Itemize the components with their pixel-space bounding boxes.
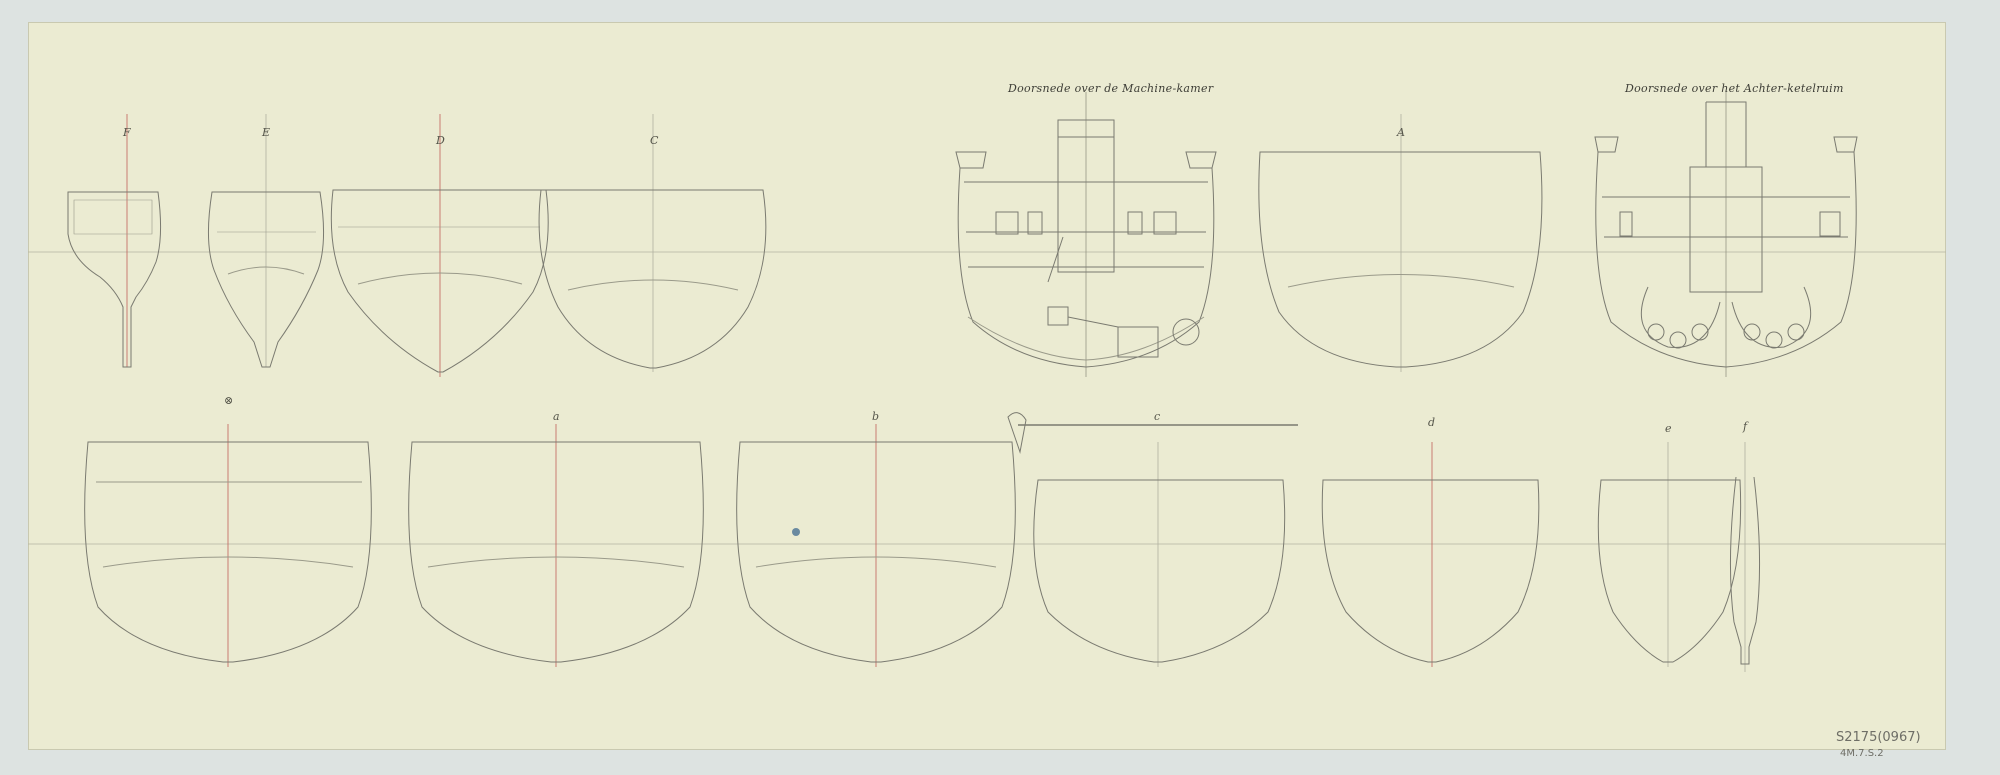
catalog-suffix: 4M.7.S.2 <box>1840 748 1884 759</box>
section-C <box>539 114 766 372</box>
section-E <box>208 114 323 367</box>
label-section-f: f <box>1743 420 1747 433</box>
label-section-c: c <box>1154 410 1160 423</box>
label-section-E: E <box>262 126 270 139</box>
body-plan-drawing <box>28 22 1946 750</box>
section-b <box>737 424 1016 667</box>
section-f <box>1730 442 1759 672</box>
section-e <box>1598 442 1740 667</box>
section-c <box>1008 413 1298 667</box>
title-engine-room-section: Doorsnede over de Machine-kamer <box>1008 82 1213 95</box>
label-section-midship: ⊗ <box>224 394 233 407</box>
section-D <box>331 114 548 377</box>
section-F <box>68 114 161 367</box>
label-section-F: F <box>123 126 131 139</box>
catalog-id: S2175(0967) <box>1836 730 1921 745</box>
title-boiler-room-section: Doorsnede over het Achter-ketelruim <box>1625 82 1844 95</box>
label-section-D: D <box>436 134 445 147</box>
section-d <box>1322 442 1539 667</box>
label-section-a: a <box>553 410 560 423</box>
label-section-C: C <box>650 134 658 147</box>
drawing-sheet: Doorsnede over de Machine-kamer Doorsned… <box>28 22 1946 750</box>
label-section-b: b <box>872 410 879 423</box>
catalog-number: S2175(0967) 4M.7.S.2 <box>1836 730 1946 760</box>
section-A <box>1259 114 1542 372</box>
section-a <box>409 424 704 667</box>
section-engine-room <box>956 92 1216 377</box>
label-section-e: e <box>1665 422 1672 435</box>
label-section-A: A <box>1397 126 1405 139</box>
label-section-d: d <box>1428 416 1435 429</box>
section-boiler-room <box>1595 92 1857 377</box>
section-midship <box>85 424 372 667</box>
